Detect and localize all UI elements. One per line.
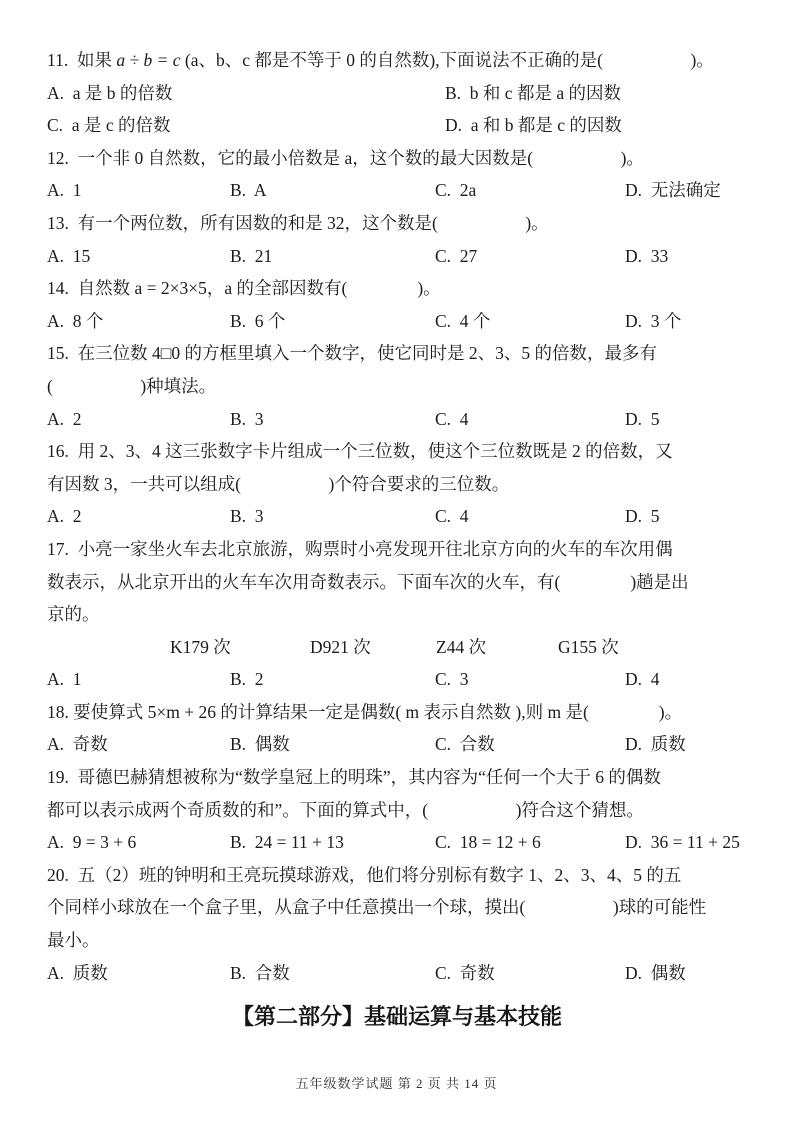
question-13-option-c: C. 27 (435, 240, 625, 273)
question-12-options: A. 1 B. A C. 2a D. 无法确定 (47, 174, 747, 207)
question-15-options: A. 2 B. 3 C. 4 D. 5 (47, 403, 747, 436)
question-18-option-d: D. 质数 (625, 728, 747, 761)
question-11-stem-pre: 11. 如果 (47, 50, 116, 70)
question-18-stem: 18. 要使算式 5×m + 26 的计算结果一定是偶数( m 表示自然数 ),… (47, 696, 747, 729)
question-14-option-c: C. 4 个 (435, 305, 625, 338)
question-11: 11. 如果 a ÷ b = c (a、b、c 都是不等于 0 的自然数),下面… (47, 44, 747, 142)
question-19-option-b: B. 24 = 11 + 13 (230, 826, 435, 859)
question-17-options: A. 1 B. 2 C. 3 D. 4 (47, 663, 747, 696)
question-17: 17. 小亮一家坐火车去北京旅游，购票时小亮发现开往北京方向的火车的车次用偶 数… (47, 533, 747, 696)
question-17-train-4: G155 次 (558, 631, 747, 664)
question-12-option-b: B. A (230, 174, 435, 207)
question-15-option-d: D. 5 (625, 403, 747, 436)
question-18-option-b: B. 偶数 (230, 728, 435, 761)
question-16-option-a: A. 2 (47, 500, 230, 533)
question-18-options: A. 奇数 B. 偶数 C. 合数 D. 质数 (47, 728, 747, 761)
question-11-option-c: C. a 是 c 的倍数 (47, 109, 445, 142)
question-12-option-d: D. 无法确定 (625, 174, 747, 207)
question-13-options: A. 15 B. 21 C. 27 D. 33 (47, 240, 747, 273)
question-17-option-c: C. 3 (435, 663, 625, 696)
page-footer: 五年级数学试题 第 2 页 共 14 页 (0, 1073, 793, 1092)
question-16-option-c: C. 4 (435, 500, 625, 533)
question-14-options: A. 8 个 B. 6 个 C. 4 个 D. 3 个 (47, 305, 747, 338)
question-20: 20. 五（2）班的钟明和王亮玩摸球游戏，他们将分别标有数字 1、2、3、4、5… (47, 859, 747, 989)
question-20-options: A. 质数 B. 合数 C. 奇数 D. 偶数 (47, 957, 747, 990)
question-12-stem: 12. 一个非 0 自然数，它的最小倍数是 a，这个数的最大因数是( )。 (47, 142, 747, 175)
question-17-stem-line-2: 数表示，从北京开出的火车车次用奇数表示。下面车次的火车，有( )趟是出 (47, 566, 747, 599)
question-11-option-a: A. a 是 b 的倍数 (47, 77, 445, 110)
question-17-train-2: D921 次 (310, 631, 436, 664)
question-17-stem-line-3: 京的。 (47, 598, 747, 631)
question-13-stem: 13. 有一个两位数，所有因数的和是 32，这个数是( )。 (47, 207, 747, 240)
question-16-option-b: B. 3 (230, 500, 435, 533)
question-15-stem-line-1: 15. 在三位数 4□0 的方框里填入一个数字，使它同时是 2、3、5 的倍数，… (47, 337, 747, 370)
question-11-stem-post: (a、b、c 都是不等于 0 的自然数),下面说法不正确的是( )。 (185, 50, 714, 70)
question-19-stem-line-1: 19. 哥德巴赫猜想被称为“数学皇冠上的明珠”，其内容为“任何一个大于 6 的偶… (47, 761, 747, 794)
question-13-option-b: B. 21 (230, 240, 435, 273)
question-13: 13. 有一个两位数，所有因数的和是 32，这个数是( )。 A. 15 B. … (47, 207, 747, 272)
question-15-option-c: C. 4 (435, 403, 625, 436)
question-19-option-c: C. 18 = 12 + 6 (435, 826, 625, 859)
exam-page: 11. 如果 a ÷ b = c (a、b、c 都是不等于 0 的自然数),下面… (0, 0, 793, 1122)
question-11-option-d: D. a 和 b 都是 c 的因数 (445, 109, 747, 142)
question-14-option-b: B. 6 个 (230, 305, 435, 338)
question-16-stem-line-2: 有因数 3，一共可以组成( )个符合要求的三位数。 (47, 468, 747, 501)
question-17-train-1: K179 次 (170, 631, 310, 664)
question-11-options-row-1: A. a 是 b 的倍数 B. b 和 c 都是 a 的因数 (47, 77, 747, 110)
question-12-option-c: C. 2a (435, 174, 625, 207)
question-11-option-b: B. b 和 c 都是 a 的因数 (445, 77, 747, 110)
question-15: 15. 在三位数 4□0 的方框里填入一个数字，使它同时是 2、3、5 的倍数，… (47, 337, 747, 435)
question-20-stem-line-3: 最小。 (47, 924, 747, 957)
question-16-option-d: D. 5 (625, 500, 747, 533)
question-17-train-3: Z44 次 (436, 631, 558, 664)
question-19-option-d: D. 36 = 11 + 25 (625, 826, 747, 859)
question-17-stem-line-1: 17. 小亮一家坐火车去北京旅游，购票时小亮发现开往北京方向的火车的车次用偶 (47, 533, 747, 566)
question-20-option-c: C. 奇数 (435, 957, 625, 990)
question-20-option-a: A. 质数 (47, 957, 230, 990)
question-12: 12. 一个非 0 自然数，它的最小倍数是 a，这个数的最大因数是( )。 A.… (47, 142, 747, 207)
question-17-option-d: D. 4 (625, 663, 747, 696)
question-19-options: A. 9 = 3 + 6 B. 24 = 11 + 13 C. 18 = 12 … (47, 826, 747, 859)
question-17-option-a: A. 1 (47, 663, 230, 696)
section-heading: 【第二部分】基础运算与基本技能 (47, 1002, 747, 1032)
question-16: 16. 用 2、3、4 这三张数字卡片组成一个三位数，使这个三位数既是 2 的倍… (47, 435, 747, 533)
question-15-stem-line-2: ( )种填法。 (47, 370, 747, 403)
question-17-option-b: B. 2 (230, 663, 435, 696)
question-16-stem-line-1: 16. 用 2、3、4 这三张数字卡片组成一个三位数，使这个三位数既是 2 的倍… (47, 435, 747, 468)
question-19-stem-line-2: 都可以表示成两个奇质数的和”。下面的算式中，( )符合这个猜想。 (47, 794, 747, 827)
question-14: 14. 自然数 a = 2×3×5，a 的全部因数有( )。 A. 8 个 B.… (47, 272, 747, 337)
question-19: 19. 哥德巴赫猜想被称为“数学皇冠上的明珠”，其内容为“任何一个大于 6 的偶… (47, 761, 747, 859)
question-12-option-a: A. 1 (47, 174, 230, 207)
question-20-stem-line-2: 个同样小球放在一个盒子里，从盒子中任意摸出一个球，摸出( )球的可能性 (47, 891, 747, 924)
question-13-option-a: A. 15 (47, 240, 230, 273)
question-20-option-b: B. 合数 (230, 957, 435, 990)
question-14-stem: 14. 自然数 a = 2×3×5，a 的全部因数有( )。 (47, 272, 747, 305)
question-16-options: A. 2 B. 3 C. 4 D. 5 (47, 500, 747, 533)
question-11-formula: a ÷ b = c (116, 50, 185, 70)
question-15-option-a: A. 2 (47, 403, 230, 436)
question-20-option-d: D. 偶数 (625, 957, 747, 990)
question-19-option-a: A. 9 = 3 + 6 (47, 826, 230, 859)
question-18-option-a: A. 奇数 (47, 728, 230, 761)
question-14-option-a: A. 8 个 (47, 305, 230, 338)
question-13-option-d: D. 33 (625, 240, 747, 273)
question-15-option-b: B. 3 (230, 403, 435, 436)
question-11-stem: 11. 如果 a ÷ b = c (a、b、c 都是不等于 0 的自然数),下面… (47, 44, 747, 77)
question-14-option-d: D. 3 个 (625, 305, 747, 338)
question-11-options-row-2: C. a 是 c 的倍数 D. a 和 b 都是 c 的因数 (47, 109, 747, 142)
question-17-train-list: K179 次 D921 次 Z44 次 G155 次 (47, 631, 747, 664)
question-18: 18. 要使算式 5×m + 26 的计算结果一定是偶数( m 表示自然数 ),… (47, 696, 747, 761)
question-18-option-c: C. 合数 (435, 728, 625, 761)
question-20-stem-line-1: 20. 五（2）班的钟明和王亮玩摸球游戏，他们将分别标有数字 1、2、3、4、5… (47, 859, 747, 892)
